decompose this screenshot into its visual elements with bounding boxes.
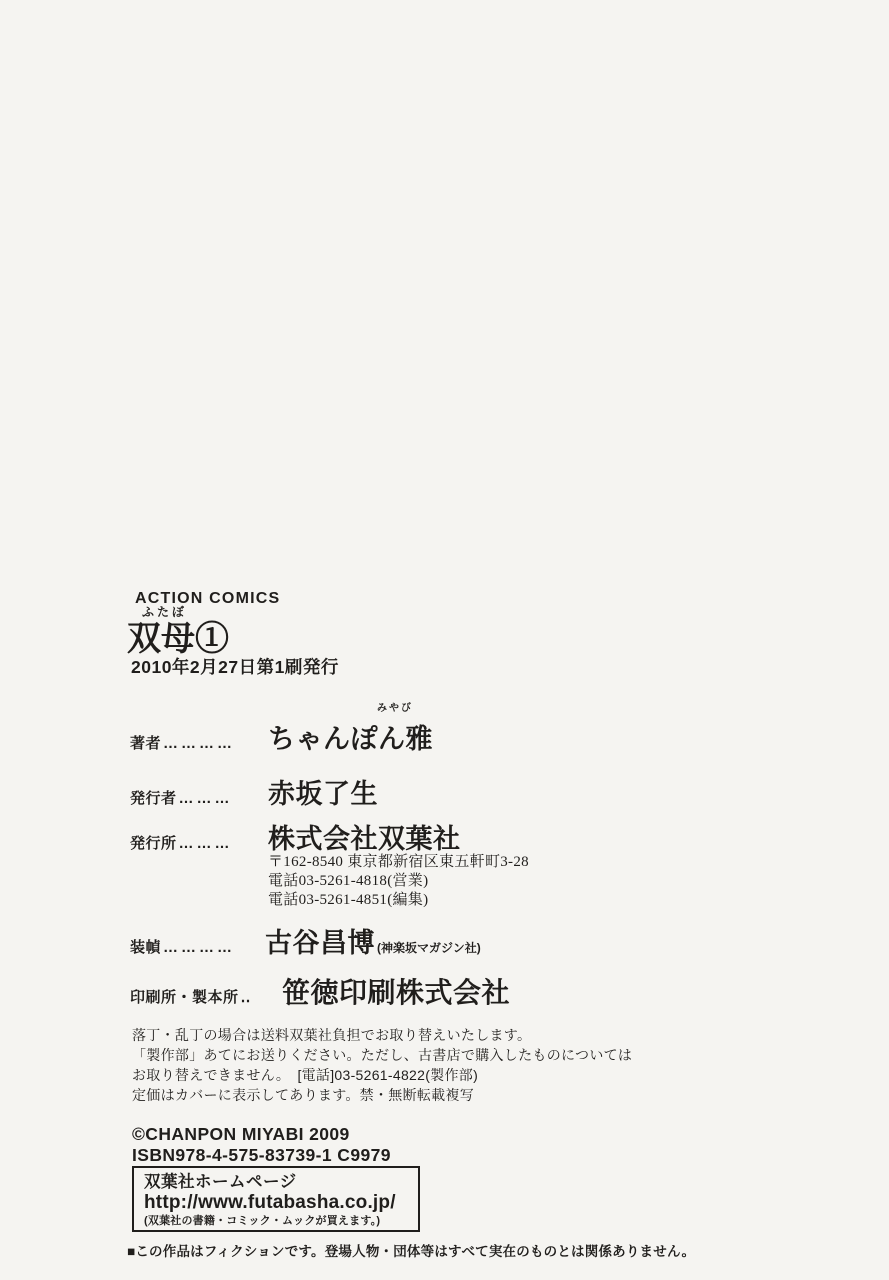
credit-label: 発行者 [130,787,177,808]
leader-dots: ‥ [241,988,254,1006]
print-date: 2010年2月27日第1刷発行 [131,659,339,677]
notice-line: 定価はカバーに表示してあります。禁・無断転載複写 [132,1085,632,1105]
credit-row-publisher: 発行所……… 株式会社双葉社 [130,817,461,856]
colophon-page: ACTION COMICS ふたぼ 双母① 2010年2月27日第1刷発行 みや… [0,0,889,1280]
copyright-line: ©CHANPON MIYABI 2009 [132,1124,391,1145]
credit-row-printer: 印刷所・製本所‥ 笹徳印刷株式会社 [130,971,510,1011]
credit-head: 発行者……… [130,787,268,808]
credit-value: ちゃんぽん雅 [268,717,433,756]
copyright-isbn-block: ©CHANPON MIYABI 2009 ISBN978-4-575-83739… [132,1124,391,1166]
credit-head: 装幀………… [130,936,265,957]
credit-row-issuer: 発行者……… 赤坂了生 [130,772,378,811]
notice-line: 落丁・乱丁の場合は送料双葉社負担でお取り替えいたします。 [132,1025,632,1045]
credit-value: 株式会社双葉社 [268,817,461,856]
homepage-url: http://www.futabasha.co.jp/ [144,1193,418,1213]
credit-label: 装幀 [130,936,161,957]
title-text: 双母 [127,620,195,658]
author-name-kanji: 雅 [406,724,434,754]
credit-head: 発行所……… [130,832,268,853]
phone-sales-line: 電話03-5261-4818(営業) [268,872,529,891]
credit-label: 著者 [130,732,161,753]
notice-line: お取り替えできません。 [電話]03-5261-4822(製作部) [132,1065,632,1085]
credit-row-author: 著者………… ちゃんぽん雅 [130,717,433,756]
credit-row-design: 装幀………… 古谷昌博 (神楽坂マガジン社) [130,921,481,960]
title-furigana: ふたぼ [142,606,187,618]
phone-editorial-line: 電話03-5261-4851(編集) [268,891,529,910]
author-furigana: みやび [377,704,413,714]
credit-head: 著者………… [130,732,268,753]
credit-head: 印刷所・製本所‥ [130,986,282,1007]
author-name: ちゃんぽん [268,724,406,754]
credit-label: 発行所 [130,832,177,853]
homepage-box: 双葉社ホームページ http://www.futabasha.co.jp/ (双… [132,1166,420,1232]
homepage-title: 双葉社ホームページ [144,1173,418,1193]
leader-dots: ……… [179,790,233,807]
book-title: 双母① [127,622,229,656]
fiction-disclaimer: ■この作品はフィクションです。登場人物・団体等はすべて実在のものとは関係ありませ… [127,1245,695,1259]
credit-value: 古谷昌博 [265,921,375,960]
credit-value: 笹徳印刷株式会社 [282,971,510,1011]
publisher-address: 〒162-8540 東京都新宿区東五軒町3-28 電話03-5261-4818(… [268,853,529,910]
homepage-note: (双葉社の書籍・コミック・ムックが買えます。) [144,1216,418,1227]
notice-line: 「製作部」あてにお送りください。ただし、古書店で購入したものについては [132,1045,632,1065]
design-company-note: (神楽坂マガジン社) [377,939,481,956]
address-line: 〒162-8540 東京都新宿区東五軒町3-28 [268,853,529,872]
isbn-line: ISBN978-4-575-83739-1 C9979 [132,1145,391,1166]
volume-number: ① [195,620,229,658]
credit-value: 赤坂了生 [268,772,378,811]
replacement-notice: 落丁・乱丁の場合は送料双葉社負担でお取り替えいたします。 「製作部」あてにお送り… [132,1025,632,1105]
credit-label: 印刷所・製本所 [130,986,239,1007]
leader-dots: ………… [163,735,235,752]
leader-dots: ……… [179,835,233,852]
leader-dots: ………… [163,939,235,956]
